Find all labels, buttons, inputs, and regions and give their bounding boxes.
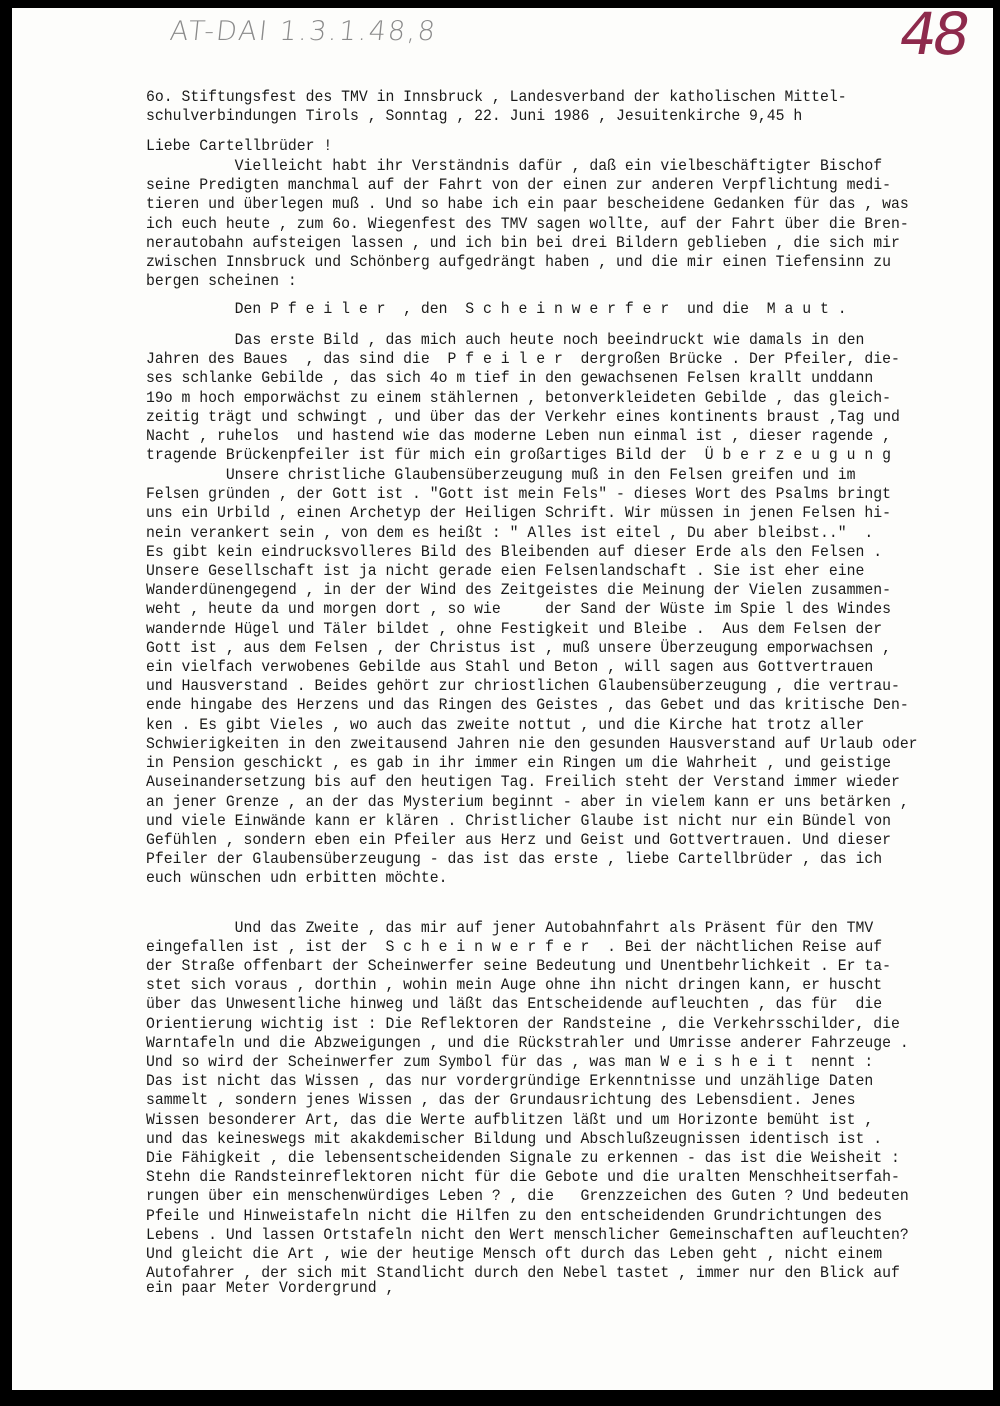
text-line: Es gibt kein eindrucksvolleres Bild des … [146,543,882,561]
text-line: und Hausverstand . Beides gehört zur chr… [146,677,900,695]
text-line: Das erste Bild , das mich auch heute noc… [146,331,864,349]
text-line: tragende Brückenpfeiler ist für mich ein… [146,446,891,464]
text-line: ich euch heute , zum 6o. Wiegenfest des … [146,215,909,233]
text-line: Wissen besonderer Art, das die Werte auf… [146,1111,873,1129]
text-line: Und das Zweite , das mir auf jener Autob… [146,919,873,937]
text-line: Gott ist , aus dem Felsen , der Christus… [146,639,891,657]
text-line: über das Unwesentliche hinweg und läßt d… [146,995,882,1013]
text-line: zwischen Innsbruck und Schönberg aufgedr… [146,253,891,271]
archive-signature: AT-DAI 1.3.1.48,8 [168,16,438,47]
text-line: Auseinandersetzung bis auf den heutigen … [146,773,900,791]
text-line: 6o. Stiftungsfest des TMV in Innsbruck ,… [146,88,847,106]
text-line: nerautobahn aufsteigen lassen , und ich … [146,234,900,252]
text-line: und viele Einwände kann er klären . Chri… [146,812,891,830]
text-line: Warntafeln und die Abzweigungen , und di… [146,1034,909,1052]
text-line: ken . Es gibt Vieles , wo auch das zweit… [146,716,864,734]
text-line: Schwierigkeiten in den zweitausend Jahre… [146,735,918,753]
text-line: ein vielfach verwobenes Gebilde aus Stah… [146,658,873,676]
text-line: Wanderdünengegend , in der der Wind des … [146,581,891,599]
text-line: ende hingabe des Herzens und das Ringen … [146,696,909,714]
text-line: Pfeiler der Glaubensüberzeugung - das is… [146,850,882,868]
text-line: Unsere Gesellschaft ist ja nicht gerade … [146,562,864,580]
text-line: Den P f e i l e r , den S c h e i n w e … [146,300,847,318]
handwritten-page-number: 48 [894,8,972,68]
text-line: nein verankert sein , von dem es heißt :… [146,524,873,542]
text-line: Stehn die Randsteinreflektoren nicht für… [146,1168,900,1186]
text-line: eingefallen ist , ist der S c h e i n w … [146,938,882,956]
text-line: schulverbindungen Tirols , Sonntag , 22.… [146,107,802,125]
text-line: rungen über ein menschenwürdiges Leben ?… [146,1187,909,1205]
text-line: Orientierung wichtig ist : Die Reflektor… [146,1015,900,1033]
text-line: an jener Grenze , an der das Mysterium b… [146,793,909,811]
text-line: ein paar Meter Vordergrund , [146,1279,394,1297]
text-line: Felsen gründen , der Gott ist . "Gott is… [146,485,891,503]
text-line: der Straße offenbart der Scheinwerfer se… [146,957,891,975]
document-page: AT-DAI 1.3.1.48,8 48 6o. Stiftungsfest d… [12,8,993,1390]
text-line: uns ein Urbild , einen Archetyp der Heil… [146,504,891,522]
text-line: Und so wird der Scheinwerfer zum Symbol … [146,1053,873,1071]
text-line: Gefühlen , sondern eben ein Pfeiler aus … [146,831,891,849]
text-line: euch wünschen udn erbitten möchte. [146,869,448,887]
text-line: tieren und überlegen muß . Und so habe i… [146,195,909,213]
text-line: ses schlanke Gebilde , das sich 4o m tie… [146,369,873,387]
text-line: Und gleicht die Art , wie der heutige Me… [146,1245,882,1263]
text-line: Lebens . Und lassen Ortstafeln nicht den… [146,1226,909,1244]
text-line: 19o m hoch emporwächst zu einem stählern… [146,389,891,407]
text-line: stet sich voraus , dorthin , wohin mein … [146,976,882,994]
text-line: in Pension geschickt , es gab in ihr imm… [146,754,891,772]
text-line: Liebe Cartellbrüder ! [146,137,332,155]
text-line: wandernde Hügel und Täler bildet , ohne … [146,620,882,638]
text-line: Pfeile und Hinweistafeln nicht die Hilfe… [146,1207,882,1225]
text-line: zeitig trägt und schwingt , und über das… [146,408,900,426]
text-line: Jahren des Baues , das sind die P f e i … [146,350,900,368]
text-line: Das ist nicht das Wissen , das nur vorde… [146,1072,873,1090]
text-line: Vielleicht habt ihr Verständnis dafür , … [146,157,882,175]
text-line: und das keineswegs mit akakdemischer Bil… [146,1130,882,1148]
text-line: bergen scheinen : [146,272,297,290]
text-line: weht , heute da und morgen dort , so wie… [146,600,891,618]
text-line: Unsere christliche Glaubensüberzeugung m… [146,466,855,484]
text-line: Nacht , ruhelos und hastend wie das mode… [146,427,891,445]
text-line: sammelt , sondern jenes Wissen , das der… [146,1091,855,1109]
text-line: Die Fähigkeit , die lebensentscheidenden… [146,1149,900,1167]
text-line: seine Predigten manchmal auf der Fahrt v… [146,176,891,194]
